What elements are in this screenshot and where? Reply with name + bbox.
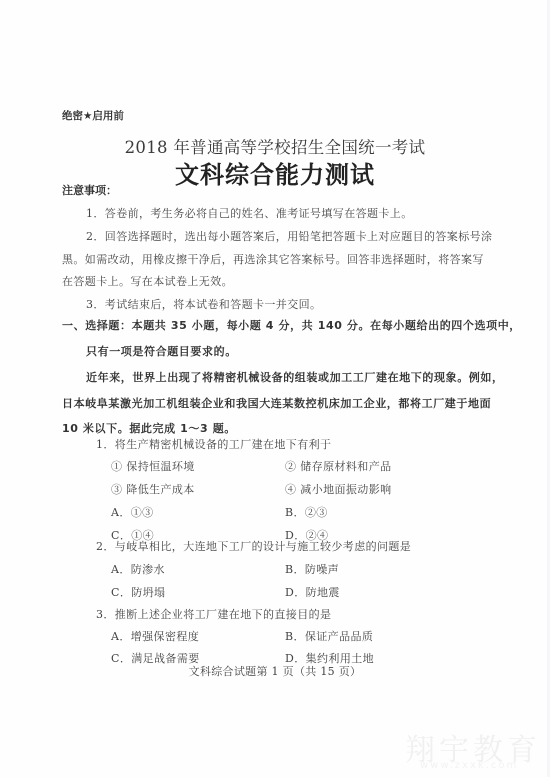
question-2-stem: 2．与岐阜相比，大连地下工厂的设计与施工较少考虑的问题是 — [96, 538, 411, 554]
q1-statement-2: ② 储存原材料和产品 — [285, 458, 392, 474]
q2-option-b: B．防噪声 — [285, 561, 339, 577]
passage-line-2: 日本岐阜某激光加工机组装企业和我国大连某数控机床加工企业，都将工厂建于地面 — [62, 395, 491, 411]
notice-item-2: 2．回答选择题时，选出每小题答案后，用铅笔把答题卡上对应题目的答案标号涂 — [86, 228, 492, 244]
notice-item-2-cont2: 在答题卡上。写在本试卷上无效。 — [62, 273, 233, 289]
section-heading-cont: 只有一项是符合题目要求的。 — [86, 343, 237, 359]
q2-option-c: C．防坍塌 — [111, 584, 165, 600]
section-heading: 一、选择题：本题共 35 小题，每小题 4 分，共 140 分。在每小题给出的四… — [62, 317, 521, 333]
watermark-url: www.zxxk.com — [420, 760, 518, 771]
page-footer: 文科综合试题第 1 页（共 15 页） — [0, 663, 550, 679]
notice-item-2-cont: 黑。如需改动，用橡皮擦干净后，再选涂其它答案标号。回答非选择题时，将答案写 — [62, 251, 484, 267]
question-3-stem: 3．推断上述企业将工厂建在地下的直接目的是 — [96, 606, 331, 622]
q2-option-d: D．防地震 — [285, 584, 340, 600]
q3-option-b: B．保证产品品质 — [285, 628, 373, 644]
question-1-stem: 1．将生产精密机械设备的工厂建在地下有利于 — [96, 436, 331, 452]
q2-option-a: A．防渗水 — [111, 561, 165, 577]
passage-line-3: 10 米以下。据此完成 1～3 题。 — [62, 420, 236, 436]
confidential-label: 绝密★启用前 — [62, 108, 124, 123]
q1-statement-4: ④ 减小地面振动影响 — [285, 481, 392, 497]
q1-option-b: B．②③ — [285, 504, 328, 520]
q1-option-a: A．①③ — [111, 504, 154, 520]
q1-statement-3: ③ 降低生产成本 — [111, 481, 195, 497]
notice-item-3: 3．考试结束后，将本试卷和答题卡一并交回。 — [86, 296, 321, 312]
passage-line-1: 近年来，世界上出现了将精密机械设备的组装或加工工厂建在地下的现象。例如， — [86, 369, 504, 385]
notice-heading: 注意事项： — [62, 182, 117, 198]
q1-statement-1: ① 保持恒温环境 — [111, 458, 195, 474]
notice-item-1: 1．答卷前，考生务必将自己的姓名、准考证号填写在答题卡上。 — [86, 205, 413, 221]
q3-option-a: A．增强保密程度 — [111, 628, 199, 644]
